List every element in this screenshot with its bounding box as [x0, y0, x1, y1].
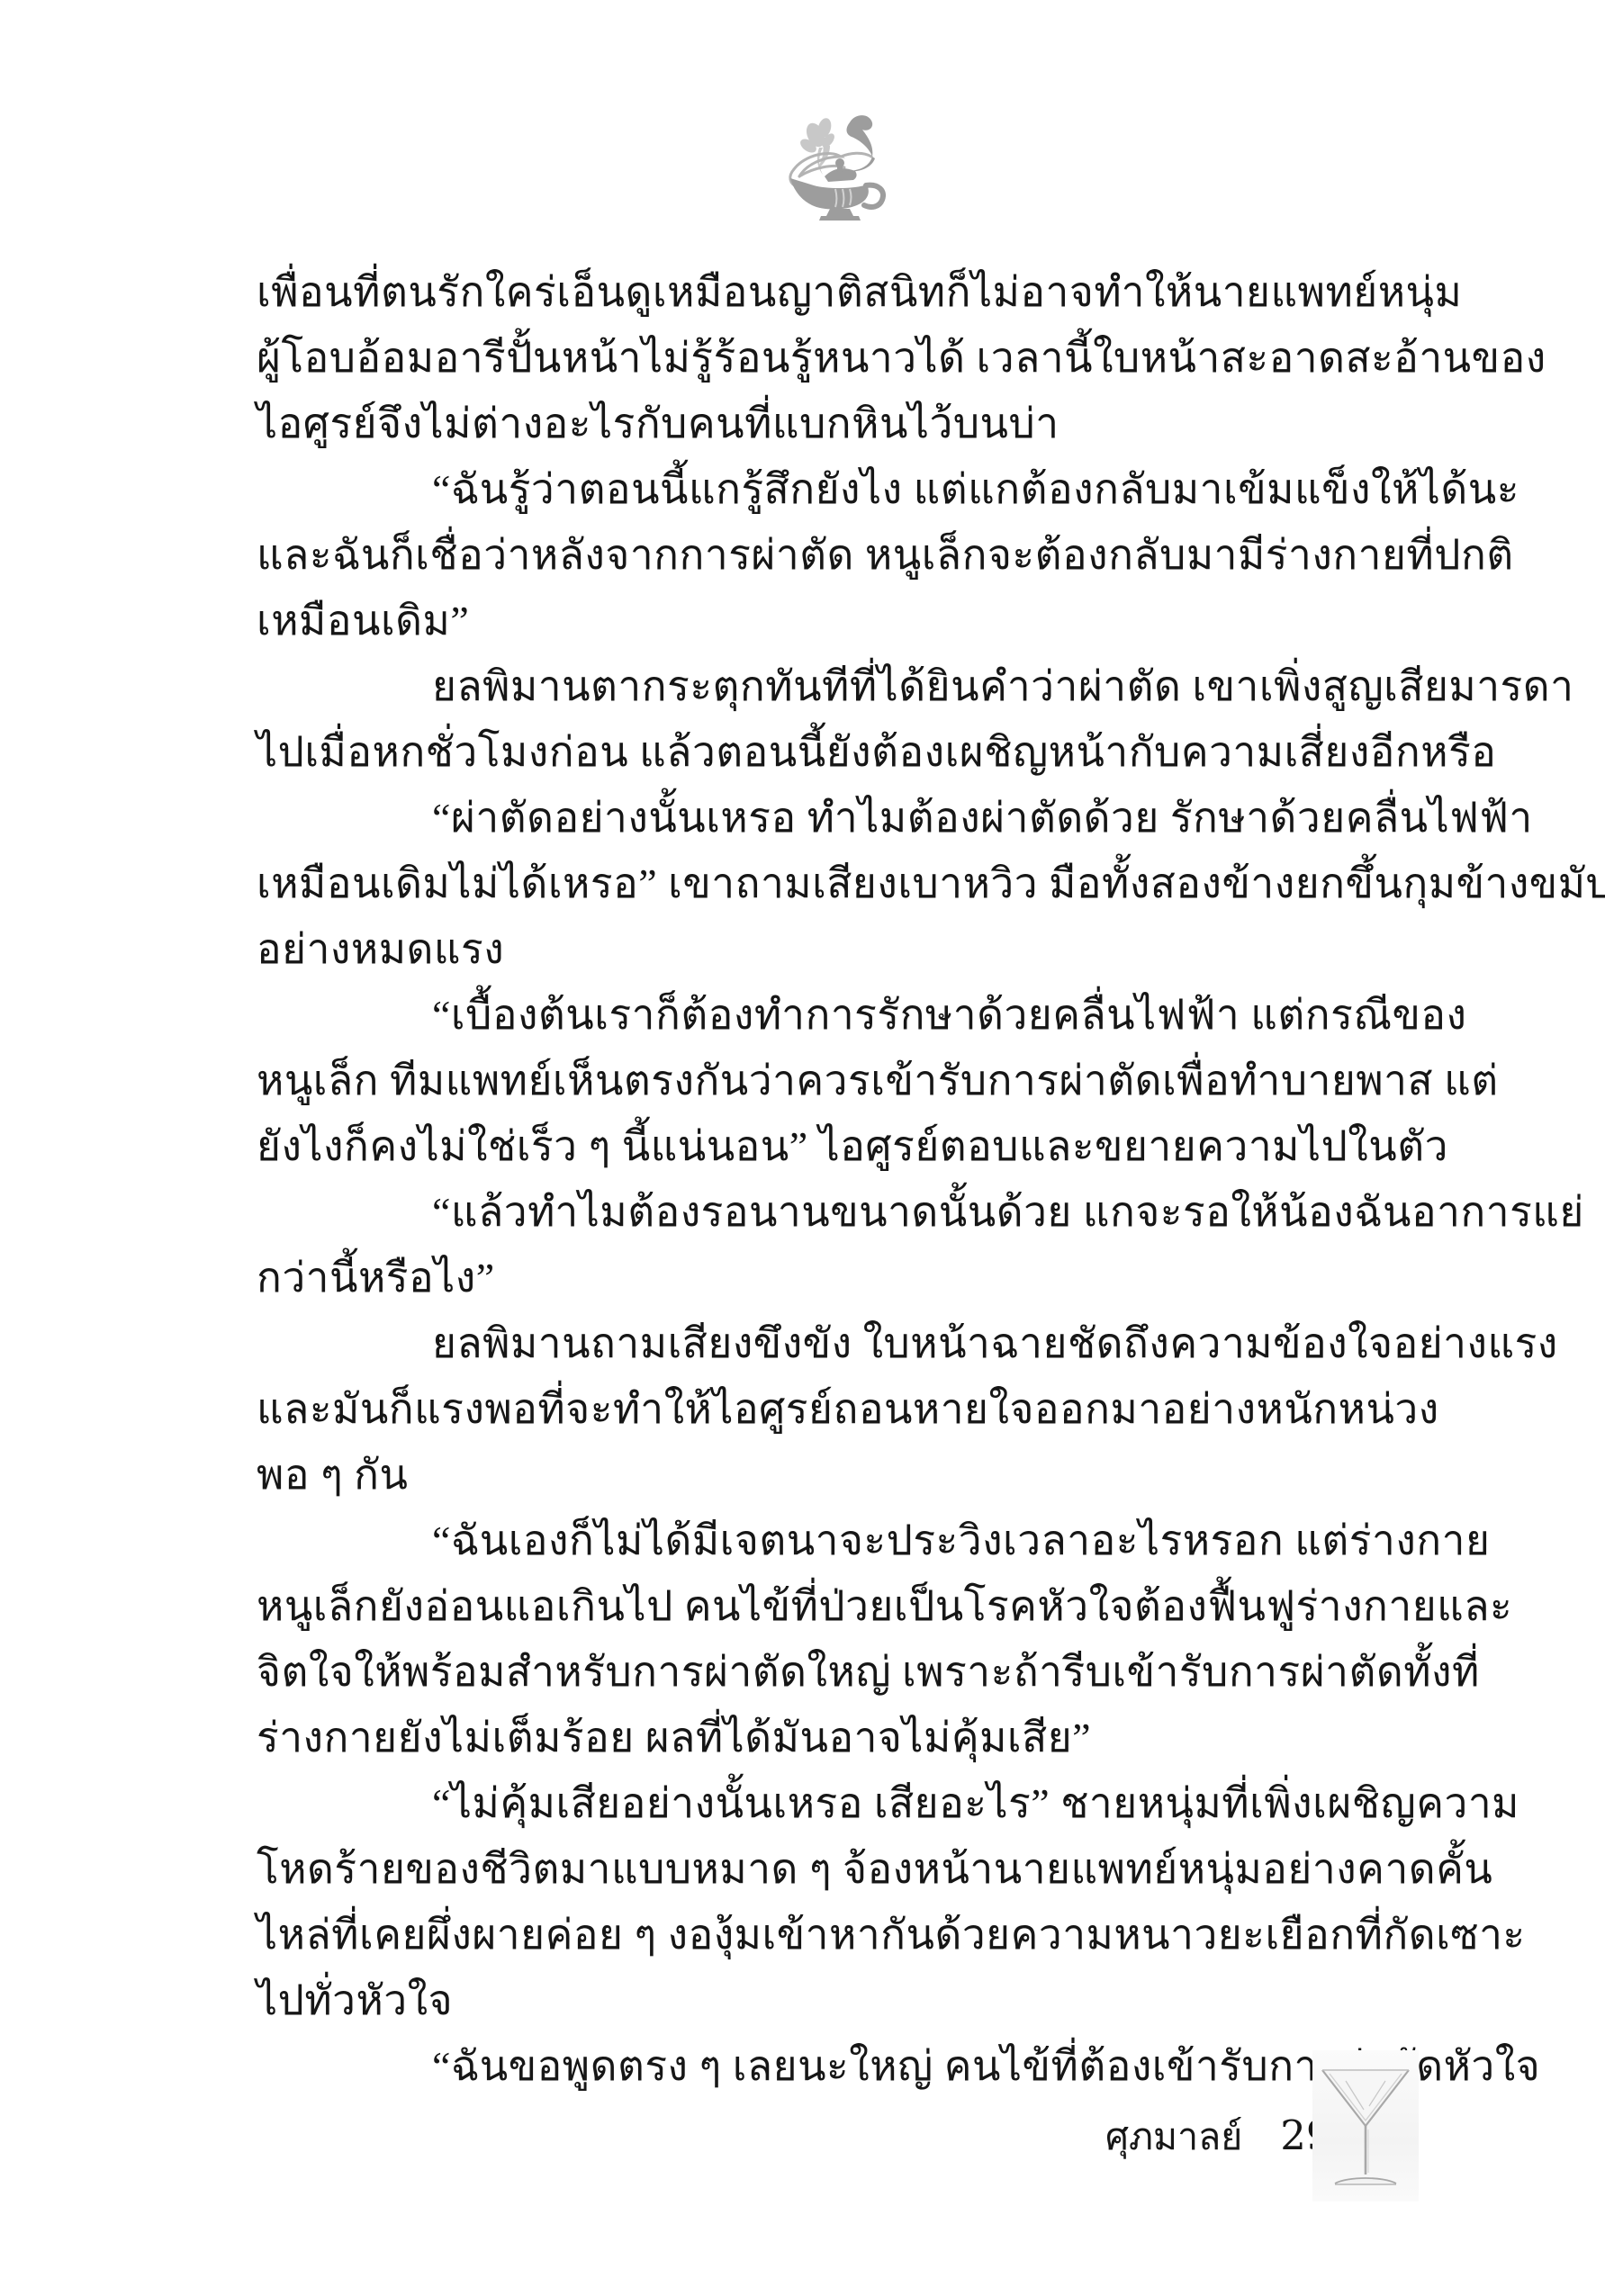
text-line: เหมือนเดิม”: [257, 588, 1409, 653]
text-line: ไปทั่วหัวใจ: [257, 1967, 1409, 2033]
page-footer: ศุภมาลย์ 29: [1105, 2108, 1332, 2166]
text-line: เหมือนเดิมไม่ได้เหรอ” เขาถามเสียงเบาหวิว…: [257, 851, 1409, 916]
author-name: ศุภมาลย์: [1105, 2108, 1242, 2166]
text-line: ไปเมื่อหกชั่วโมงก่อน แล้วตอนนี้ยังต้องเผ…: [257, 719, 1409, 785]
text-line: อย่างหมดแรง: [257, 916, 1409, 982]
text-line: โหดร้ายของชีวิตมาแบบหมาด ๆ จ้องหน้านายแพ…: [257, 1836, 1409, 1902]
text-line: “ฉันขอพูดตรง ๆ เลยนะใหญ่ คนไข้ที่ต้องเข้…: [257, 2033, 1409, 2099]
text-line: ไอศูรย์จึงไม่ต่างอะไรกับคนที่แบกหินไว้บน…: [257, 391, 1409, 456]
text-line: ยลพิมานถามเสียงขึงขัง ใบหน้าฉายชัดถึงควา…: [257, 1310, 1409, 1376]
text-line: “ฉันรู้ว่าตอนนี้แกรู้สึกยังไง แต่แกต้องก…: [257, 456, 1409, 522]
text-line: เพื่อนที่ตนรักใคร่เอ็นดูเหมือนญาติสนิทก็…: [257, 259, 1409, 325]
text-line: หนูเล็ก ทีมแพทย์เห็นตรงกันว่าควรเข้ารับก…: [257, 1048, 1409, 1113]
text-line: และฉันก็เชื่อว่าหลังจากการผ่าตัด หนูเล็ก…: [257, 522, 1409, 588]
text-line: พอ ๆ กัน: [257, 1442, 1409, 1508]
text-line: จิตใจให้พร้อมสำหรับการผ่าตัดใหญ่ เพราะถ้…: [257, 1639, 1409, 1705]
text-line: ร่างกายยังไม่เต็มร้อย ผลที่ได้มันอาจไม่ค…: [257, 1705, 1409, 1770]
text-line: กว่านี้หรือไง”: [257, 1245, 1409, 1310]
text-line: “ฉันเองก็ไม่ได้มีเจตนาจะประวิงเวลาอะไรหร…: [257, 1508, 1409, 1573]
text-line: ผู้โอบอ้อมอารีปั้นหน้าไม่รู้ร้อนรู้หนาวไ…: [257, 325, 1409, 391]
text-line: ไหล่ที่เคยผึ่งผายค่อย ๆ งองุ้มเข้าหากันด…: [257, 1902, 1409, 1967]
genie-lamp-ornament-icon: [783, 112, 891, 221]
text-line: “ผ่าตัดอย่างนั้นเหรอ ทำไมต้องผ่าตัดด้วย …: [257, 785, 1409, 851]
martini-glass-icon: [1312, 2050, 1419, 2201]
body-text: เพื่อนที่ตนรักใคร่เอ็นดูเหมือนญาติสนิทก็…: [257, 259, 1409, 2099]
text-line: หนูเล็กยังอ่อนแอเกินไป คนไข้ที่ป่วยเป็นโ…: [257, 1573, 1409, 1639]
text-line: และมันก็แรงพอที่จะทำให้ไอศูรย์ถอนหายใจออ…: [257, 1376, 1409, 1442]
text-line: “เบื้องต้นเราก็ต้องทำการรักษาด้วยคลื่นไฟ…: [257, 982, 1409, 1048]
text-line: ยังไงก็คงไม่ใช่เร็ว ๆ นี้แน่นอน” ไอศูรย์…: [257, 1113, 1409, 1179]
text-line: ยลพิมานตากระตุกทันทีที่ได้ยินคำว่าผ่าตัด…: [257, 653, 1409, 719]
text-line: “แล้วทำไมต้องรอนานขนาดนั้นด้วย แกจะรอให้…: [257, 1179, 1409, 1245]
text-line: “ไม่คุ้มเสียอย่างนั้นเหรอ เสียอะไร” ชายห…: [257, 1770, 1409, 1836]
